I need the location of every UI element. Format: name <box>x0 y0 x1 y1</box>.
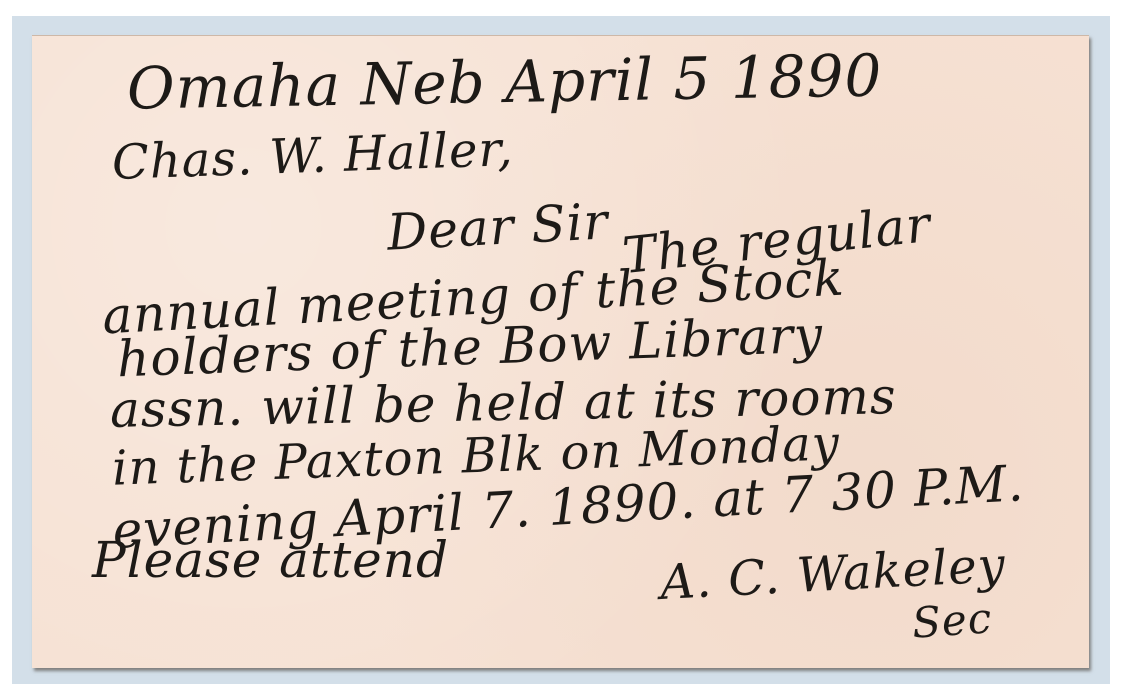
salutation: Dear Sir <box>386 192 610 262</box>
postcard: Omaha Neb April 5 1890 Chas. W. Haller, … <box>32 35 1089 668</box>
signature-title: Sec <box>910 593 993 647</box>
addressee: Chas. W. Haller, <box>111 121 514 191</box>
closing: Please attend <box>92 531 449 589</box>
dateline: Omaha Neb April 5 1890 <box>126 41 882 122</box>
